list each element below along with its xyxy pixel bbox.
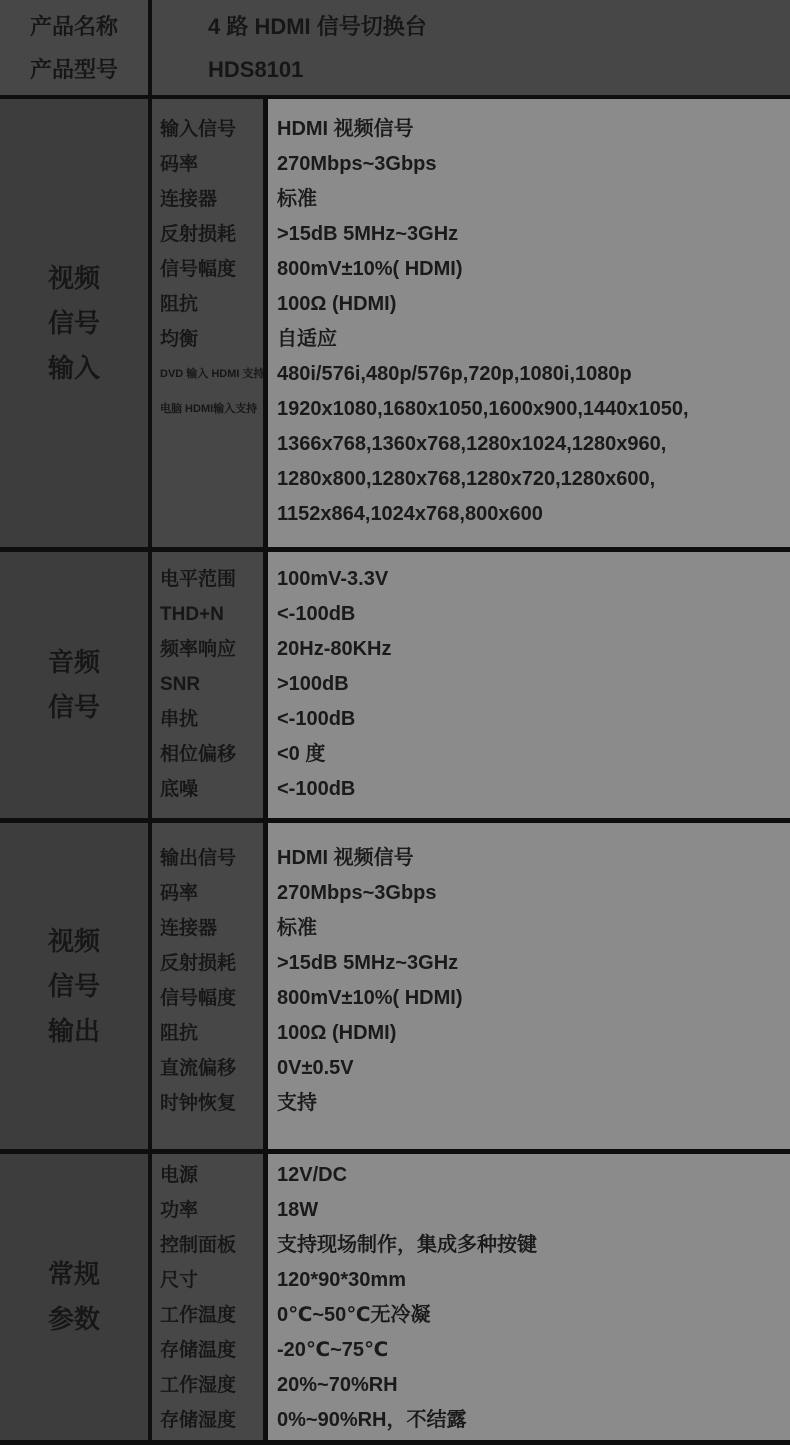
spec-row: 存储湿度 0%~90%RH，不结露 xyxy=(152,1403,790,1438)
spec-value: 12V/DC xyxy=(268,1158,790,1193)
spec-row: SNR >100dB xyxy=(152,667,790,702)
spec-row: 相位偏移 <0 度 xyxy=(152,737,790,772)
spec-row: 电源 12V/DC xyxy=(152,1158,790,1193)
spec-label: 工作湿度 xyxy=(152,1368,263,1403)
spec-row: 阻抗 100Ω (HDMI) xyxy=(152,287,790,322)
section-body: 输入信号 HDMI 视频信号 码率 270Mbps~3Gbps 连接器 标准 反… xyxy=(152,99,790,547)
table-header: 产品名称 产品型号 4 路 HDMI 信号切换台 HDS8101 xyxy=(0,0,790,95)
spec-row: 电平范围 100mV-3.3V xyxy=(152,562,790,597)
spec-row: 信号幅度 800mV±10%( HDMI) xyxy=(152,252,790,287)
spec-row: 时钟恢复 支持 xyxy=(152,1086,790,1121)
spec-value: 1920x1080,1680x1050,1600x900,1440x1050, xyxy=(268,392,790,427)
spec-row: 信号幅度 800mV±10%( HDMI) xyxy=(152,981,790,1016)
spec-rows: 电平范围 100mV-3.3V THD+N <-100dB 频率响应 20Hz-… xyxy=(152,552,790,807)
spec-row: 尺寸 120*90*30mm xyxy=(152,1263,790,1298)
spec-row: 控制面板 支持现场制作，集成多种按键 xyxy=(152,1228,790,1263)
spec-label: 反射损耗 xyxy=(152,946,263,981)
spec-value: 100mV-3.3V xyxy=(268,562,790,597)
section-title-video-output: 视频 信号 输出 xyxy=(0,823,148,1149)
spec-row: 1280x800,1280x768,1280x720,1280x600, xyxy=(152,462,790,497)
spec-row: 连接器 标准 xyxy=(152,182,790,217)
spec-value: 1280x800,1280x768,1280x720,1280x600, xyxy=(268,462,790,497)
spec-label: 存储温度 xyxy=(152,1333,263,1368)
spec-label: 功率 xyxy=(152,1193,263,1228)
spec-value: 800mV±10%( HDMI) xyxy=(268,252,790,287)
header-value-cell: 4 路 HDMI 信号切换台 HDS8101 xyxy=(152,0,790,95)
spec-value: HDMI 视频信号 xyxy=(268,112,790,147)
product-name-label: 产品名称 xyxy=(30,5,118,48)
table-bottom-border xyxy=(0,1440,790,1445)
product-name-value: 4 路 HDMI 信号切换台 xyxy=(208,5,790,48)
spec-value: 支持现场制作，集成多种按键 xyxy=(268,1228,790,1263)
spec-row: 电脑 HDMI输入支持 1920x1080,1680x1050,1600x900… xyxy=(152,392,790,427)
spec-row: 频率响应 20Hz-80KHz xyxy=(152,632,790,667)
spec-rows: 输出信号 HDMI 视频信号 码率 270Mbps~3Gbps 连接器 标准 反… xyxy=(152,823,790,1121)
spec-row: 1152x864,1024x768,800x600 xyxy=(152,497,790,532)
header-label-cell: 产品名称 产品型号 xyxy=(0,0,148,95)
spec-label: 信号幅度 xyxy=(152,981,263,1016)
spec-label: 连接器 xyxy=(152,182,263,217)
spec-label: 相位偏移 xyxy=(152,737,263,772)
spec-label xyxy=(152,427,263,462)
spec-label: 直流偏移 xyxy=(152,1051,263,1086)
section-title-audio: 音频 信号 xyxy=(0,552,148,818)
spec-value: <0 度 xyxy=(268,737,790,772)
spec-label: 控制面板 xyxy=(152,1228,263,1263)
spec-label xyxy=(152,462,263,497)
section-audio: 音频 信号 电平范围 100mV-3.3V THD+N <-100dB 频率响应… xyxy=(0,552,790,818)
spec-label: 连接器 xyxy=(152,911,263,946)
spec-label: 电平范围 xyxy=(152,562,263,597)
product-spec-table: 产品名称 产品型号 4 路 HDMI 信号切换台 HDS8101 视频 信号 输… xyxy=(0,0,790,1445)
spec-label: 输入信号 xyxy=(152,112,263,147)
spec-value: 0V±0.5V xyxy=(268,1051,790,1086)
spec-row: DVD 输入 HDMI 支持 480i/576i,480p/576p,720p,… xyxy=(152,357,790,392)
spec-rows: 电源 12V/DC 功率 18W 控制面板 支持现场制作，集成多种按键 尺寸 1… xyxy=(152,1154,790,1438)
spec-label: DVD 输入 HDMI 支持 xyxy=(152,357,263,392)
section-general-params: 常规 参数 电源 12V/DC 功率 18W 控制面板 支持现场制作，集成多种按… xyxy=(0,1154,790,1440)
spec-label: 频率响应 xyxy=(152,632,263,667)
spec-row: 码率 270Mbps~3Gbps xyxy=(152,147,790,182)
spec-row: 均衡 自适应 xyxy=(152,322,790,357)
spec-label: 存储湿度 xyxy=(152,1403,263,1438)
spec-row: 连接器 标准 xyxy=(152,911,790,946)
spec-label: THD+N xyxy=(152,597,263,632)
section-video-output: 视频 信号 输出 输出信号 HDMI 视频信号 码率 270Mbps~3Gbps… xyxy=(0,823,790,1149)
spec-label: 时钟恢复 xyxy=(152,1086,263,1121)
spec-value: 1152x864,1024x768,800x600 xyxy=(268,497,790,532)
spec-row: 功率 18W xyxy=(152,1193,790,1228)
spec-value: <-100dB xyxy=(268,772,790,807)
spec-row: THD+N <-100dB xyxy=(152,597,790,632)
spec-value: 0℃~50℃无冷凝 xyxy=(268,1298,790,1333)
product-model-label: 产品型号 xyxy=(30,48,118,91)
spec-value: 18W xyxy=(268,1193,790,1228)
spec-row: 输入信号 HDMI 视频信号 xyxy=(152,112,790,147)
spec-label: 均衡 xyxy=(152,322,263,357)
section-title-general-params: 常规 参数 xyxy=(0,1154,148,1440)
spec-value: 1366x768,1360x768,1280x1024,1280x960, xyxy=(268,427,790,462)
spec-value: 800mV±10%( HDMI) xyxy=(268,981,790,1016)
spec-row: 直流偏移 0V±0.5V xyxy=(152,1051,790,1086)
spec-value: >100dB xyxy=(268,667,790,702)
spec-value: >15dB 5MHz~3GHz xyxy=(268,217,790,252)
spec-value: 自适应 xyxy=(268,322,790,357)
spec-rows: 输入信号 HDMI 视频信号 码率 270Mbps~3Gbps 连接器 标准 反… xyxy=(152,99,790,532)
spec-value: >15dB 5MHz~3GHz xyxy=(268,946,790,981)
section-body: 输出信号 HDMI 视频信号 码率 270Mbps~3Gbps 连接器 标准 反… xyxy=(152,823,790,1149)
spec-row: 底噪 <-100dB xyxy=(152,772,790,807)
spec-label: 输出信号 xyxy=(152,841,263,876)
spec-label: 电脑 HDMI输入支持 xyxy=(152,392,263,427)
spec-value: 100Ω (HDMI) xyxy=(268,1016,790,1051)
spec-label: 码率 xyxy=(152,147,263,182)
spec-row: 码率 270Mbps~3Gbps xyxy=(152,876,790,911)
section-body: 电源 12V/DC 功率 18W 控制面板 支持现场制作，集成多种按键 尺寸 1… xyxy=(152,1154,790,1440)
spec-value: 480i/576i,480p/576p,720p,1080i,1080p xyxy=(268,357,790,392)
spec-row: 工作温度 0℃~50℃无冷凝 xyxy=(152,1298,790,1333)
spec-value: 270Mbps~3Gbps xyxy=(268,876,790,911)
spec-value: 100Ω (HDMI) xyxy=(268,287,790,322)
spec-row: 阻抗 100Ω (HDMI) xyxy=(152,1016,790,1051)
spec-label: 阻抗 xyxy=(152,287,263,322)
spec-value: 20%~70%RH xyxy=(268,1368,790,1403)
spec-label: 信号幅度 xyxy=(152,252,263,287)
spec-label: 串扰 xyxy=(152,702,263,737)
spec-row: 存储温度 -20℃~75℃ xyxy=(152,1333,790,1368)
spec-label: 阻抗 xyxy=(152,1016,263,1051)
spec-row: 1366x768,1360x768,1280x1024,1280x960, xyxy=(152,427,790,462)
spec-label: 尺寸 xyxy=(152,1263,263,1298)
spec-value: HDMI 视频信号 xyxy=(268,841,790,876)
spec-label: 工作温度 xyxy=(152,1298,263,1333)
spec-value: 270Mbps~3Gbps xyxy=(268,147,790,182)
spec-value: 标准 xyxy=(268,182,790,217)
product-model-value: HDS8101 xyxy=(208,48,790,91)
section-title-video-input: 视频 信号 输入 xyxy=(0,99,148,547)
spec-row: 工作湿度 20%~70%RH xyxy=(152,1368,790,1403)
spec-value: <-100dB xyxy=(268,597,790,632)
spec-value: -20℃~75℃ xyxy=(268,1333,790,1368)
spec-label: 底噪 xyxy=(152,772,263,807)
spec-value: 支持 xyxy=(268,1086,790,1121)
spec-label: SNR xyxy=(152,667,263,702)
spec-row: 输出信号 HDMI 视频信号 xyxy=(152,841,790,876)
spec-label: 反射损耗 xyxy=(152,217,263,252)
spec-value: 120*90*30mm xyxy=(268,1263,790,1298)
spec-label xyxy=(152,497,263,532)
spec-label: 电源 xyxy=(152,1158,263,1193)
spec-row: 反射损耗 >15dB 5MHz~3GHz xyxy=(152,946,790,981)
spec-row: 反射损耗 >15dB 5MHz~3GHz xyxy=(152,217,790,252)
section-body: 电平范围 100mV-3.3V THD+N <-100dB 频率响应 20Hz-… xyxy=(152,552,790,818)
spec-value: 20Hz-80KHz xyxy=(268,632,790,667)
spec-row: 串扰 <-100dB xyxy=(152,702,790,737)
spec-label: 码率 xyxy=(152,876,263,911)
spec-value: 标准 xyxy=(268,911,790,946)
section-video-input: 视频 信号 输入 输入信号 HDMI 视频信号 码率 270Mbps~3Gbps… xyxy=(0,99,790,547)
spec-value: 0%~90%RH，不结露 xyxy=(268,1403,790,1438)
spec-value: <-100dB xyxy=(268,702,790,737)
